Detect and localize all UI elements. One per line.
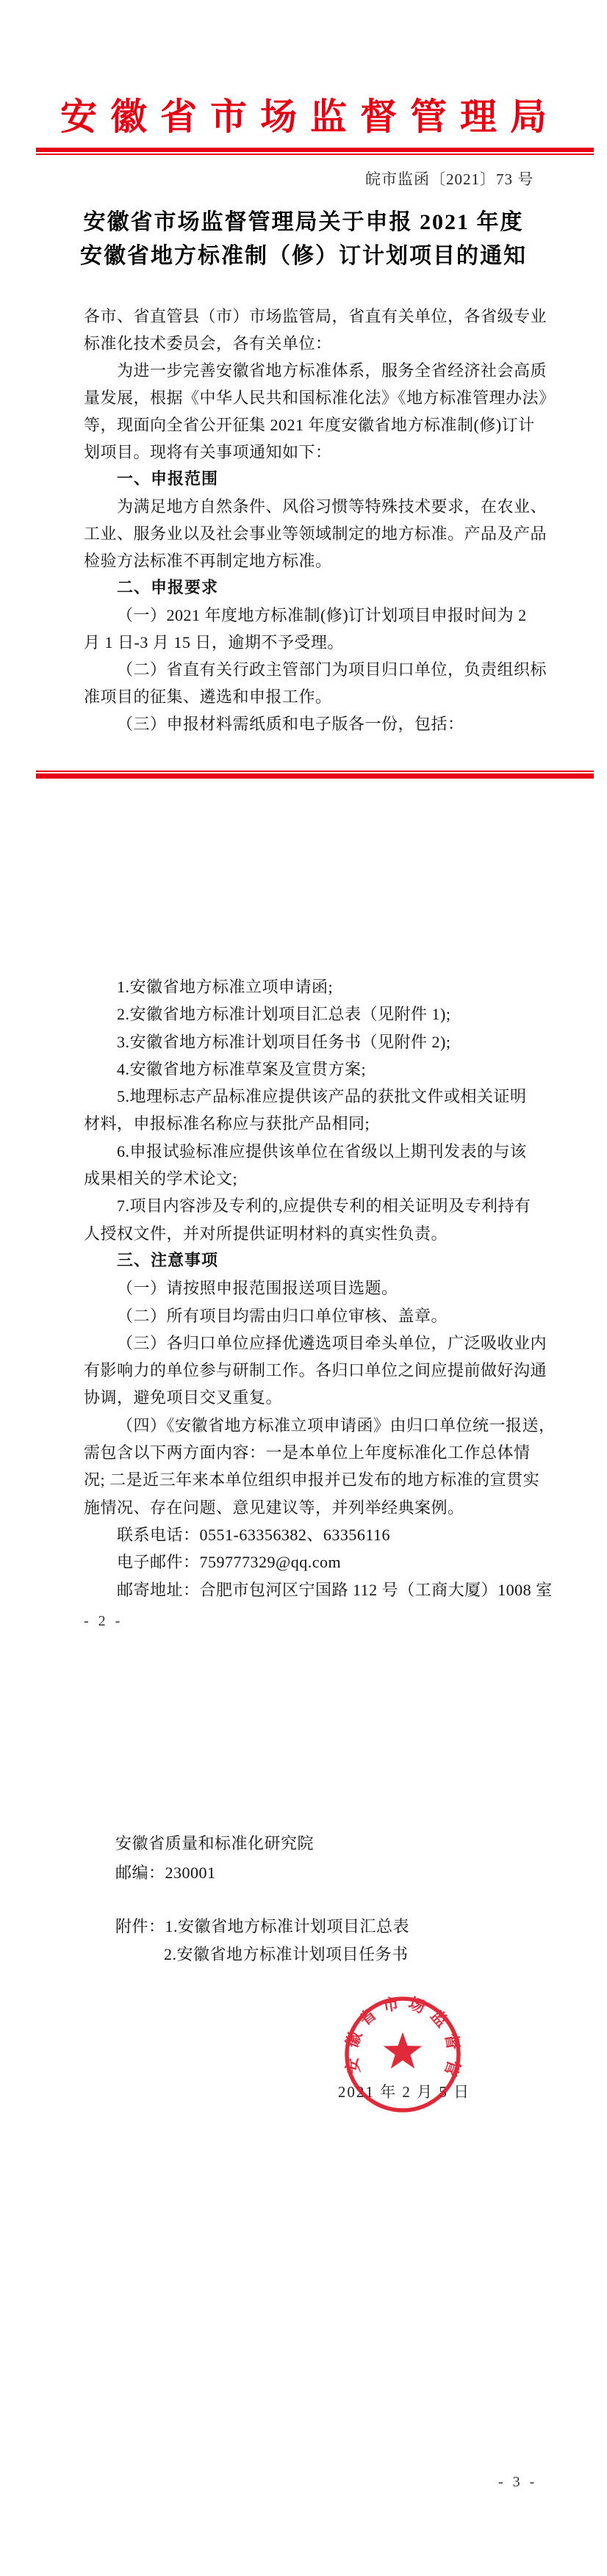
contact-email: 电子邮件：759777329@qq.com [84, 1548, 548, 1576]
contact-address: 邮寄地址：合肥市包河区宁国路 112 号（工商大厦）1008 室 [84, 1576, 548, 1603]
page-number-2: - 2 - [84, 1613, 123, 1630]
body-line: （二）所有项目均需由归口单位审核、盖章。 [84, 1302, 548, 1330]
page2-body: 1.安徽省地方标准立项申请函; 2.安徽省地方标准计划项目汇总表（见附件 1);… [84, 973, 548, 1603]
body-line: （二）省直有关行政主管部门为项目归口单位，负责组织标 [84, 656, 548, 683]
body-line: 施情况、存在问题、意见建议等，并列举经典案例。 [84, 1494, 548, 1521]
body-line: 成果相关的学术论文; [84, 1165, 548, 1192]
closing-block: 安徽省质量和标准化研究院 邮编：230001 [115, 1829, 314, 1888]
body-line: 为进一步完善安徽省地方标准体系，服务全省经济社会高质 [84, 357, 548, 384]
document-title-line2: 安徽省地方标准制（修）订计划项目的通知 [46, 244, 561, 269]
body-line: （一）请按照申报范围报送项目选题。 [84, 1274, 548, 1302]
list-item: 2.安徽省地方标准计划项目汇总表（见附件 1); [84, 1000, 548, 1028]
body-line: 况; 二是近三年来本单位组织申报并已发布的地方标准的宣贯实 [84, 1466, 548, 1493]
body-line: 检验方法标准不再制定地方标准。 [84, 547, 548, 574]
list-item: 3.安徽省地方标准计划项目任务书（见附件 2); [84, 1028, 548, 1056]
page1-body: 各市、省直管县（市）市场监管局，省直有关单位，各省级专业 标准化技术委员会，各有… [84, 303, 548, 737]
body-line: 有影响力的单位参与研制工作。各归口单位之间应提前做好沟通 [84, 1357, 548, 1384]
attachment-item-1: 1.安徽省地方标准计划项目汇总表 [165, 1917, 410, 1935]
page1-footer-divider-thin [36, 771, 594, 772]
body-line: 材料，申报标准名称应与获批产品相同; [84, 1110, 548, 1137]
contact-phone: 联系电话：0551-63356382、63356116 [84, 1521, 548, 1548]
list-item: 1.安徽省地方标准立项申请函; [84, 973, 548, 1000]
body-line: 人授权文件，并对所提供证明材料的真实性负责。 [84, 1220, 548, 1247]
attachments-block: 附件：1.安徽省地方标准计划项目汇总表 2.安徽省地方标准计划项目任务书 [115, 1913, 409, 1969]
body-line: 工业、服务业以及社会事业等领域制定的地方标准。产品及产品 [84, 520, 548, 547]
page-number-3: - 3 - [498, 2474, 537, 2491]
list-item: 7.项目内容涉及专利的,应提供专利的相关证明及专利持有 [84, 1192, 548, 1219]
list-item: 6.申报试验标准应提供该单位在省级以上期刊发表的与该 [84, 1138, 548, 1165]
letterhead-divider-thin [36, 154, 594, 155]
body-line: 划项目。现将有关事项通知如下： [84, 439, 548, 466]
body-line: 需包含以下两方面内容：一是本单位上年度标准化工作总体情 [84, 1439, 548, 1466]
closing-organization: 安徽省质量和标准化研究院 [115, 1829, 314, 1858]
body-line: 等，现面向全省公开征集 2021 年度安徽省地方标准制(修)订计 [84, 411, 548, 439]
attachment-item-2: 2.安徽省地方标准计划项目任务书 [115, 1941, 409, 1969]
agency-letterhead: 安徽省市场监督管理局 [0, 94, 607, 140]
section-heading: 一、申报范围 [84, 466, 548, 493]
document-page: 安徽省市场监督管理局 皖市监函〔2021〕73 号 安徽省市场监督管理局关于申报… [0, 0, 607, 2576]
body-line: 准项目的征集、遴选和申报工作。 [84, 683, 548, 710]
attachments-label: 附件： [115, 1917, 165, 1935]
body-line: 为满足地方自然条件、风俗习惯等特殊技术要求，在农业、 [84, 493, 548, 520]
body-line: （三）各归口单位应择优遴选项目牵头单位，广泛吸收业内 [84, 1330, 548, 1357]
body-line: 量发展，根据《中华人民共和国标准化法》《地方标准管理办法》 [84, 384, 548, 411]
body-line: 协调，避免项目交叉重复。 [84, 1384, 548, 1411]
body-line: （一）2021 年度地方标准制(修)订计划项目申报时间为 2 [84, 602, 548, 629]
body-line: 月 1 日-3 月 15 日，逾期不予受理。 [84, 629, 548, 656]
document-number: 皖市监函〔2021〕73 号 [365, 170, 600, 189]
body-line: 标准化技术委员会，各有关单位： [84, 330, 548, 357]
list-item: 4.安徽省地方标准草案及宣贯方案; [84, 1056, 548, 1083]
list-item: 5.地理标志产品标准应提供该产品的获批文件或相关证明 [84, 1083, 548, 1110]
letterhead-divider-thick [36, 148, 594, 152]
body-line: 各市、省直管县（市）市场监管局，省直有关单位，各省级专业 [84, 303, 548, 330]
official-seal: 安徽省市场监督管理局 [340, 1992, 465, 2117]
document-title-line1: 安徽省市场监督管理局关于申报 2021 年度 [46, 210, 561, 235]
section-heading: 三、注意事项 [84, 1247, 548, 1274]
star-icon [384, 2032, 422, 2069]
attachment-line-1: 附件：1.安徽省地方标准计划项目汇总表 [115, 1913, 409, 1941]
body-line: （四）《安徽省地方标准立项申请函》由归口单位统一报送， [84, 1412, 548, 1439]
closing-postcode: 邮编：230001 [115, 1858, 314, 1888]
body-line: （三）申报材料需纸质和电子版各一份，包括： [84, 710, 548, 737]
section-heading: 二、申报要求 [84, 574, 548, 602]
page1-footer-divider-thick [36, 773, 594, 779]
